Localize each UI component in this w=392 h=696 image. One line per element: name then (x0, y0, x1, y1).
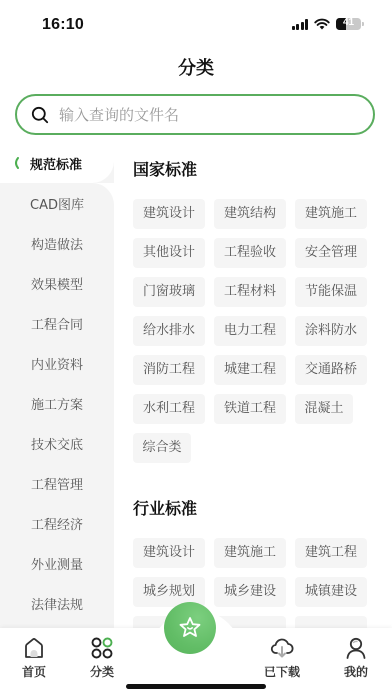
tag[interactable]: 门窗玻璃 (133, 277, 205, 307)
tag[interactable] (295, 616, 367, 628)
sidebar-item-field-surveying[interactable]: 外业测量 (0, 543, 114, 583)
category-content: 国家标准 建筑设计 建筑结构 建筑施工 其他设计 工程验收 安全管理 门窗玻璃 … (114, 143, 392, 628)
tag[interactable]: 水利工程 (133, 394, 205, 424)
sidebar-item-laws-regulations[interactable]: 法律法规 (0, 583, 114, 623)
section-national-standards: 国家标准 建筑设计 建筑结构 建筑施工 其他设计 工程验收 安全管理 门窗玻璃 … (133, 159, 392, 472)
tag[interactable]: 建筑设计 (133, 199, 205, 229)
cloud-download-icon (270, 636, 294, 660)
sidebar-item-label: 内业资料 (31, 354, 83, 373)
sidebar-item-regulations[interactable]: 规范标准 (0, 143, 114, 183)
sidebar-item-label: 外业测量 (31, 554, 83, 573)
category-sidebar: 规范标准 CAD图库 构造做法 效果模型 工程合同 内业资料 施工方案 技术交底… (0, 143, 114, 628)
nav-label: 分类 (72, 663, 132, 680)
active-indicator-icon (13, 157, 19, 169)
sidebar-item-contracts[interactable]: 工程合同 (0, 303, 114, 343)
nav-profile[interactable]: 我的 (326, 636, 386, 680)
tag[interactable]: 混凝土 (295, 394, 353, 424)
tag[interactable]: 工程验收 (214, 238, 286, 268)
sidebar-item-label: 施工方案 (31, 394, 83, 413)
tag[interactable]: 电力工程 (214, 316, 286, 346)
nav-home[interactable]: 首页 (4, 636, 64, 680)
sidebar-item-label: 工程经济 (31, 514, 83, 533)
home-indicator (126, 684, 266, 689)
sidebar-item-render-models[interactable]: 效果模型 (0, 263, 114, 303)
sidebar-item-label: 规范标准 (30, 154, 82, 173)
sidebar-item-construction-methods[interactable]: 构造做法 (0, 223, 114, 263)
status-time: 16:10 (42, 16, 84, 34)
tag[interactable]: 建筑设计 (133, 538, 205, 568)
sidebar-item-construction-plans[interactable]: 施工方案 (0, 383, 114, 423)
sidebar-item-label: 工程合同 (31, 314, 83, 333)
tag[interactable]: 给水排水 (133, 316, 205, 346)
search-input[interactable] (59, 106, 373, 124)
battery-icon: 41 (336, 18, 361, 30)
search-box[interactable] (15, 94, 375, 135)
tag[interactable]: 涂料防水 (295, 316, 367, 346)
sidebar-item-label: 效果模型 (31, 274, 83, 293)
sidebar-item-engineering-economics[interactable]: 工程经济 (0, 503, 114, 543)
tag[interactable]: 建筑工程 (295, 538, 367, 568)
sidebar-item-label: 构造做法 (31, 234, 83, 253)
tag[interactable]: 交通路桥 (295, 355, 367, 385)
tag-grid: 建筑设计 建筑结构 建筑施工 其他设计 工程验收 安全管理 门窗玻璃 工程材料 … (133, 199, 383, 472)
tag[interactable]: 工程材料 (214, 277, 286, 307)
tag[interactable]: 综合类 (133, 433, 191, 463)
page-title: 分类 (0, 54, 392, 80)
tag[interactable]: 安全管理 (295, 238, 367, 268)
tag[interactable]: 城镇建设 (295, 577, 367, 607)
sidebar-item-label: 工程管理 (31, 474, 83, 493)
tag[interactable]: 建筑结构 (214, 199, 286, 229)
cellular-signal-icon (292, 18, 309, 30)
wifi-icon (314, 18, 330, 30)
home-icon (22, 636, 46, 660)
bottom-nav: 首页 分类 已下载 我的 (0, 628, 392, 696)
tag[interactable]: 消防工程 (133, 355, 205, 385)
sidebar-item-cad-library[interactable]: CAD图库 (0, 183, 114, 223)
grid-icon (90, 636, 114, 660)
tag[interactable]: 城建工程 (214, 355, 286, 385)
tag[interactable]: 建筑施工 (214, 538, 286, 568)
sidebar-item-label: 技术交底 (31, 434, 83, 453)
sidebar-item-office-documents[interactable]: 内业资料 (0, 343, 114, 383)
status-bar: 16:10 41 (0, 0, 392, 48)
nav-label: 我的 (326, 663, 386, 680)
nav-label: 首页 (4, 663, 64, 680)
battery-level: 41 (336, 18, 361, 28)
status-icons: 41 (292, 18, 365, 30)
tag[interactable]: 其他设计 (133, 238, 205, 268)
sidebar-item-project-management[interactable]: 工程管理 (0, 463, 114, 503)
user-icon (344, 636, 368, 660)
section-title: 国家标准 (133, 159, 392, 181)
tag[interactable]: 建筑施工 (295, 199, 367, 229)
tag[interactable]: 城乡建设 (214, 577, 286, 607)
sidebar-item-technical-briefings[interactable]: 技术交底 (0, 423, 114, 463)
star-icon (177, 615, 203, 641)
nav-category[interactable]: 分类 (72, 636, 132, 680)
featured-button[interactable] (164, 602, 216, 654)
nav-downloaded[interactable]: 已下载 (252, 636, 312, 680)
sidebar-item-label: CAD图库 (30, 194, 84, 213)
nav-label: 已下载 (252, 663, 312, 680)
tag[interactable]: 铁道工程 (214, 394, 286, 424)
sidebar-item-label: 法律法规 (31, 594, 83, 613)
search-icon (31, 106, 49, 124)
tag[interactable]: 节能保温 (295, 277, 367, 307)
section-title: 行业标准 (133, 498, 392, 520)
